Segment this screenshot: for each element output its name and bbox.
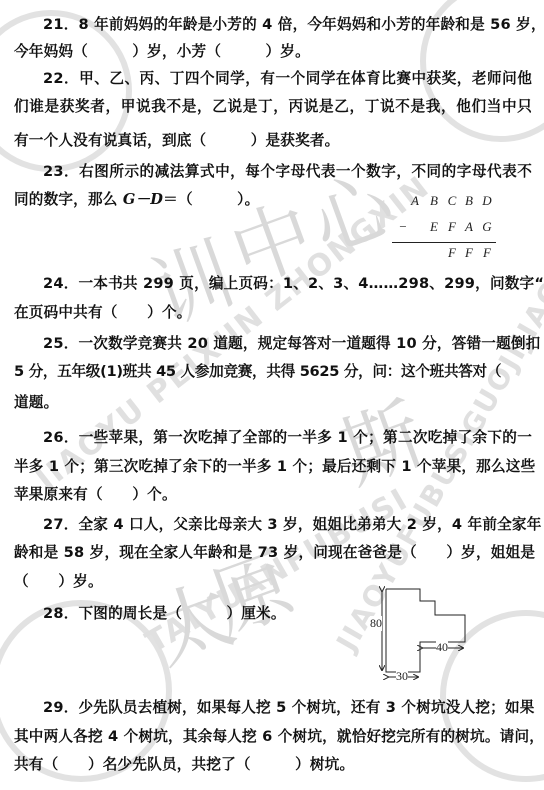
- minus-operator: −: [396, 219, 410, 235]
- problem-27-line-2: 龄和是 58 岁，现在全家人年龄和是 73 岁，问现在爸爸是（ ）岁，姐姐是: [14, 543, 532, 563]
- right-width-label: 40: [436, 640, 448, 655]
- digit: F: [445, 245, 459, 261]
- digit: F: [445, 219, 459, 235]
- digit: F: [480, 245, 494, 261]
- problem-23-line-1: 23．右图所示的减法算式中，每个字母代表一个数字，不同的字母代表不: [43, 162, 532, 182]
- problem-21-line-2: 今年妈妈（ ）岁，小芳（ ）岁。: [14, 42, 532, 62]
- problem-26-line-3: 苹果原来有（ ）个。: [14, 485, 532, 505]
- problem-23-blank: ＝（ ）。: [163, 191, 259, 208]
- problem-29-line-3: 共有（ ）名少先队员，共挖了（ ）树坑。: [14, 755, 532, 775]
- digit: B: [462, 193, 476, 209]
- problem-21-line-1: 21．8 年前妈妈的年龄是小芳的 4 倍，今年妈妈和小芳的年龄和是 56 岁，: [43, 15, 532, 35]
- problem-29-line-1: 29．少先队员去植树，如果每人挖 5 个树坑，还有 3 个树坑没人挖；如果: [43, 698, 532, 718]
- digit: B: [427, 193, 441, 209]
- bottom-width-label: 30: [396, 669, 408, 684]
- digit: D: [480, 193, 494, 209]
- perimeter-figure: 80 30 40: [360, 580, 480, 680]
- problem-22-line-2: 们谁是获奖者，甲说我不是，乙说是丁，丙说是乙，丁说不是我，他们当中只: [14, 97, 532, 117]
- problem-24-line-1: 24．一本书共 299 页，编上页码：1、2、3、4……298、299，问数字“…: [43, 274, 532, 294]
- problem-23-expression: G－D: [123, 191, 163, 208]
- problem-22-line-3: 有一个人没有说真话，到底（ ）是获奖者。: [14, 131, 532, 151]
- digit: E: [427, 219, 441, 235]
- digit: A: [462, 219, 476, 235]
- problem-25-line-2: 5 分，五年级(1)班共 45 人参加竞赛，共得 5625 分，问：这个班共答对…: [14, 362, 532, 382]
- digit: A: [408, 193, 422, 209]
- digit: G: [480, 219, 494, 235]
- problem-25-line-3: 道题。: [14, 393, 532, 413]
- problem-24-line-2: 在页码中共有（ ）个。: [14, 303, 532, 323]
- problem-23-text: 同的数字，那么: [14, 191, 123, 208]
- height-label: 80: [370, 616, 382, 631]
- digit: C: [445, 193, 459, 209]
- problem-29-line-2: 其中两人各挖 4 个树坑，其余每人挖 6 个树坑，就恰好挖完所有的树坑。请问，: [14, 727, 532, 747]
- subtraction-equation: A B C B D − E F A G F F F: [392, 193, 502, 263]
- problem-25-line-1: 25．一次数学竞赛共 20 道题，规定每答对一道题得 10 分，答错一题倒扣: [43, 334, 532, 354]
- problem-22-line-1: 22．甲、乙、丙、丁四个同学，有一个同学在体育比赛中获奖，老师问他: [43, 69, 532, 89]
- digit: F: [462, 245, 476, 261]
- problem-26-line-1: 26．一些苹果，第一次吃掉了全部的一半多 1 个；第二次吃掉了余下的一: [43, 428, 532, 448]
- problem-27-line-1: 27．全家 4 口人，父亲比母亲大 3 岁，姐姐比弟弟大 2 岁，4 年前全家年: [43, 515, 532, 535]
- equation-rule: [392, 242, 496, 243]
- problem-26-line-2: 半多 1 个；第三次吃掉了余下的一半多 1 个；最后还剩下 1 个苹果，那么这些: [14, 457, 532, 477]
